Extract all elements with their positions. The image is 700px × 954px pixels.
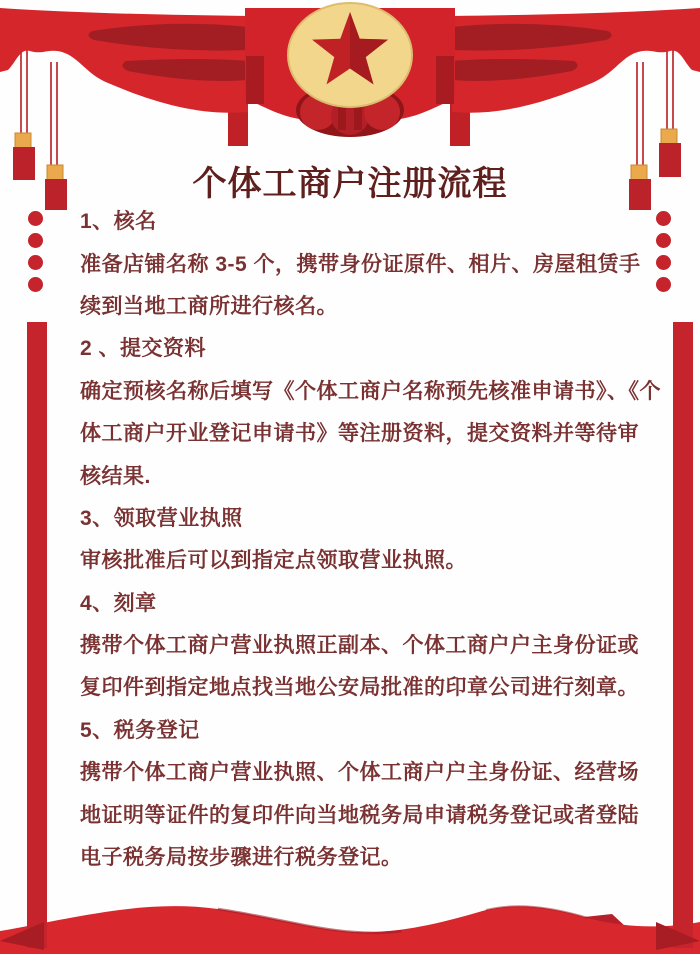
step-5-text-line: 携带个体工商户营业执照、个体工商户户主身份证、经营场 [80,750,624,792]
step-2-text-line: 确定预核名称后填写《个体工商户名称预先核准申请书》、《个 [80,369,624,411]
step-2-text-line: 核结果. [80,453,624,495]
step-1-text-line: 准备店铺名称 3-5 个，携带身份证原件、相片、房屋租赁手 [80,241,624,283]
dot-icon [656,277,671,292]
step-1-heading: 1、核名 [80,199,624,241]
ribbon-corner-folds [0,894,700,954]
step-5-text-line: 电子税务局按步骤进行税务登记。 [80,835,624,877]
vertical-red-bar-right [673,322,693,948]
dot-icon [656,255,671,270]
star-medallion-icon [288,3,412,107]
poster: 个体工商户注册流程 1、核名 准备店铺名称 3-5 个，携带身份证原件、相片、房… [0,0,700,954]
step-4-text-line: 复印件到指定地点找当地公安局批准的印章公司进行刻章。 [80,665,624,707]
step-2-text-line: 体工商户开业登记申请书》等注册资料，提交资料并等待审 [80,411,624,453]
step-1-text-line: 续到当地工商所进行核名。 [80,284,624,326]
dot-icon [656,233,671,248]
step-5-text-line: 地证明等证件的复印件向当地税务局申请税务登记或者登陆 [80,792,624,834]
step-4-heading: 4、刻章 [80,581,624,623]
page-title: 个体工商户注册流程 [0,156,700,205]
vertical-red-bar-left [27,322,47,948]
dot-icon [28,233,43,248]
step-2-heading: 2 、提交资料 [80,326,624,368]
step-3-text-line: 审核批准后可以到指定点领取营业执照。 [80,538,624,580]
dot-icon [28,277,43,292]
step-4-text-line: 携带个体工商户营业执照正副本、个体工商户户主身份证或 [80,623,624,665]
dot-icon [28,255,43,270]
ribbon-right-wing [452,8,700,113]
ribbon-left-wing [0,8,248,113]
step-5-heading: 5、税务登记 [80,708,624,750]
registration-steps: 1、核名 准备店铺名称 3-5 个，携带身份证原件、相片、房屋租赁手 续到当地工… [80,199,624,877]
step-3-heading: 3、领取营业执照 [80,496,624,538]
